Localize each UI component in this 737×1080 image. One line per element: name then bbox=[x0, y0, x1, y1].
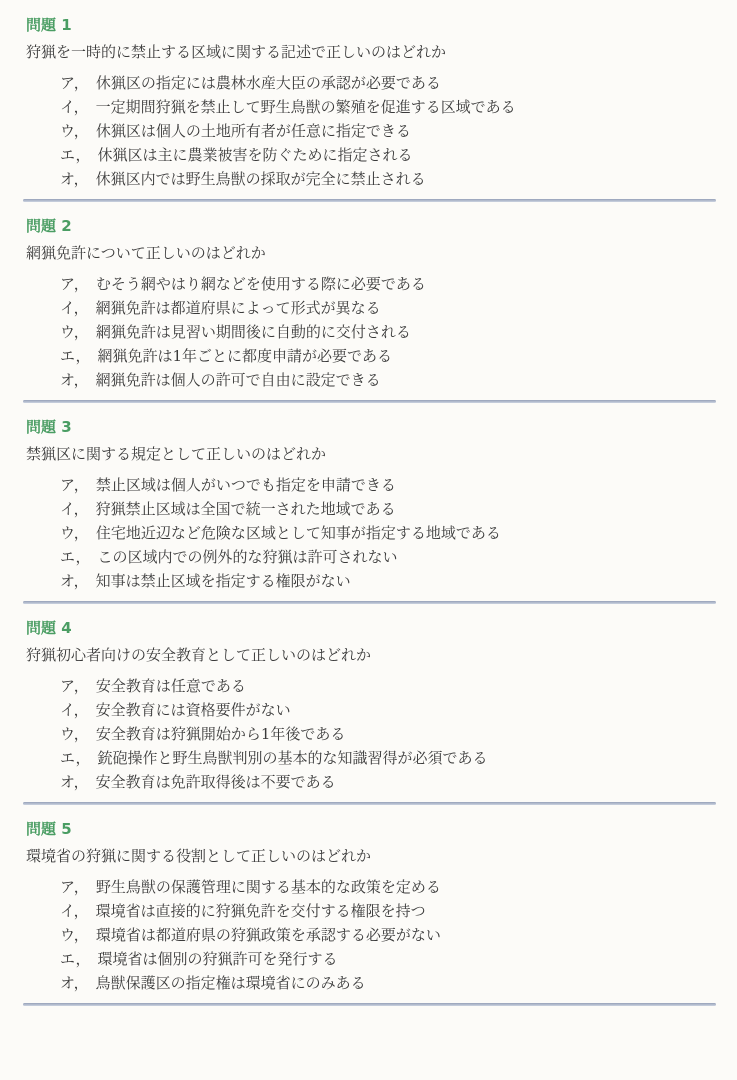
question-3-text: 禁猟区に関する規定として正しいのはどれか bbox=[26, 444, 716, 464]
question-3-number: 問題 3 bbox=[26, 418, 716, 437]
option-marker: エ， bbox=[60, 548, 90, 566]
option-marker: イ， bbox=[60, 98, 89, 116]
option-marker: オ， bbox=[60, 572, 89, 590]
option-text: 安全教育は狩猟開始から1年後である bbox=[96, 725, 346, 743]
option-marker: イ， bbox=[60, 500, 89, 518]
option-e: エ，銃砲操作と野生鳥獣判別の基本的な知識習得が必須である bbox=[60, 750, 716, 767]
quiz-document: 問題 1 狩猟を一時的に禁止する区域に関する記述で正しいのはどれか ア，休猟区の… bbox=[0, 0, 737, 1006]
question-section-5: 問題 5 環境省の狩猟に関する役割として正しいのはどれか ア，野生鳥獣の保護管理… bbox=[26, 820, 716, 1006]
option-e: エ，この区域内での例外的な狩猟は許可されない bbox=[60, 549, 716, 566]
option-text: 安全教育には資格要件がない bbox=[96, 701, 291, 719]
question-1-text: 狩猟を一時的に禁止する区域に関する記述で正しいのはどれか bbox=[26, 42, 716, 62]
option-marker: ウ， bbox=[60, 122, 89, 140]
option-marker: エ， bbox=[60, 950, 90, 968]
option-o: オ，網猟免許は個人の許可で自由に設定できる bbox=[60, 372, 716, 389]
option-text: 安全教育は免許取得後は不要である bbox=[96, 773, 336, 791]
option-u: ウ，安全教育は狩猟開始から1年後である bbox=[60, 726, 716, 743]
section-divider bbox=[23, 601, 716, 604]
question-section-2: 問題 2 網猟免許について正しいのはどれか ア，むそう網やはり網などを使用する際… bbox=[26, 217, 716, 403]
section-divider bbox=[23, 802, 716, 805]
option-o: オ，鳥獣保護区の指定権は環境省にのみある bbox=[60, 975, 716, 992]
question-4-options: ア，安全教育は任意である イ，安全教育には資格要件がない ウ，安全教育は狩猟開始… bbox=[26, 678, 716, 791]
question-3-options: ア，禁止区域は個人がいつでも指定を申請できる イ，狩猟禁止区域は全国で統一された… bbox=[26, 477, 716, 590]
option-a: ア，休猟区の指定には農林水産大臣の承認が必要である bbox=[60, 75, 716, 92]
option-text: 環境省は直接的に狩猟免許を交付する権限を持つ bbox=[96, 902, 426, 920]
option-marker: エ， bbox=[60, 749, 90, 767]
section-divider bbox=[23, 199, 716, 202]
option-o: オ，知事は禁止区域を指定する権限がない bbox=[60, 573, 716, 590]
option-text: 狩猟禁止区域は全国で統一された地域である bbox=[96, 500, 396, 518]
option-marker: ア， bbox=[60, 275, 89, 293]
question-section-3: 問題 3 禁猟区に関する規定として正しいのはどれか ア，禁止区域は個人がいつでも… bbox=[26, 418, 716, 604]
option-i: イ，環境省は直接的に狩猟免許を交付する権限を持つ bbox=[60, 903, 716, 920]
option-text: 鳥獣保護区の指定権は環境省にのみある bbox=[96, 974, 366, 992]
option-marker: エ， bbox=[60, 146, 90, 164]
option-text: 禁止区域は個人がいつでも指定を申請できる bbox=[96, 476, 396, 494]
option-i: イ，一定期間狩猟を禁止して野生鳥獣の繁殖を促進する区域である bbox=[60, 99, 716, 116]
question-5-text: 環境省の狩猟に関する役割として正しいのはどれか bbox=[26, 846, 716, 866]
question-5-number: 問題 5 bbox=[26, 820, 716, 839]
question-2-text: 網猟免許について正しいのはどれか bbox=[26, 243, 716, 263]
question-5-options: ア，野生鳥獣の保護管理に関する基本的な政策を定める イ，環境省は直接的に狩猟免許… bbox=[26, 879, 716, 992]
option-i: イ，狩猟禁止区域は全国で統一された地域である bbox=[60, 501, 716, 518]
option-e: エ，網猟免許は1年ごとに都度申請が必要である bbox=[60, 348, 716, 365]
option-text: 網猟免許は都道府県によって形式が異なる bbox=[96, 299, 381, 317]
option-e: エ，休猟区は主に農業被害を防ぐために指定される bbox=[60, 147, 716, 164]
option-text: 環境省は個別の狩猟許可を発行する bbox=[97, 950, 337, 968]
option-marker: ア， bbox=[60, 476, 89, 494]
question-1-options: ア，休猟区の指定には農林水産大臣の承認が必要である イ，一定期間狩猟を禁止して野… bbox=[26, 75, 716, 188]
option-marker: ア， bbox=[60, 878, 89, 896]
option-a: ア，禁止区域は個人がいつでも指定を申請できる bbox=[60, 477, 716, 494]
option-marker: ウ， bbox=[60, 524, 89, 542]
option-text: 住宅地近辺など危険な区域として知事が指定する地域である bbox=[96, 524, 501, 542]
option-marker: エ， bbox=[60, 347, 90, 365]
option-text: 休猟区内では野生鳥獣の採取が完全に禁止される bbox=[96, 170, 426, 188]
quiz-page: { "colors": { "heading_green": "#4a9d63"… bbox=[0, 0, 737, 1080]
option-text: 休猟区は個人の土地所有者が任意に指定できる bbox=[96, 122, 411, 140]
option-text: 網猟免許は個人の許可で自由に設定できる bbox=[96, 371, 381, 389]
option-u: ウ，網猟免許は見習い期間後に自動的に交付される bbox=[60, 324, 716, 341]
question-1-number: 問題 1 bbox=[26, 16, 716, 35]
option-i: イ，安全教育には資格要件がない bbox=[60, 702, 716, 719]
question-2-options: ア，むそう網やはり網などを使用する際に必要である イ，網猟免許は都道府県によって… bbox=[26, 276, 716, 389]
option-u: ウ，環境省は都道府県の狩猟政策を承認する必要がない bbox=[60, 927, 716, 944]
option-e: エ，環境省は個別の狩猟許可を発行する bbox=[60, 951, 716, 968]
option-text: 野生鳥獣の保護管理に関する基本的な政策を定める bbox=[96, 878, 441, 896]
option-text: 環境省は都道府県の狩猟政策を承認する必要がない bbox=[96, 926, 441, 944]
option-marker: イ， bbox=[60, 299, 89, 317]
option-marker: ア， bbox=[60, 74, 89, 92]
option-u: ウ，休猟区は個人の土地所有者が任意に指定できる bbox=[60, 123, 716, 140]
option-a: ア，むそう網やはり網などを使用する際に必要である bbox=[60, 276, 716, 293]
option-o: オ，安全教育は免許取得後は不要である bbox=[60, 774, 716, 791]
option-marker: オ， bbox=[60, 371, 89, 389]
option-text: 網猟免許は見習い期間後に自動的に交付される bbox=[96, 323, 411, 341]
option-text: この区域内での例外的な狩猟は許可されない bbox=[97, 548, 397, 566]
option-a: ア，安全教育は任意である bbox=[60, 678, 716, 695]
question-4-text: 狩猟初心者向けの安全教育として正しいのはどれか bbox=[26, 645, 716, 665]
option-text: 休猟区は主に農業被害を防ぐために指定される bbox=[97, 146, 412, 164]
option-text: むそう網やはり網などを使用する際に必要である bbox=[96, 275, 426, 293]
option-o: オ，休猟区内では野生鳥獣の採取が完全に禁止される bbox=[60, 171, 716, 188]
option-a: ア，野生鳥獣の保護管理に関する基本的な政策を定める bbox=[60, 879, 716, 896]
option-marker: オ， bbox=[60, 974, 89, 992]
section-divider bbox=[23, 400, 716, 403]
option-marker: ウ， bbox=[60, 725, 89, 743]
question-2-number: 問題 2 bbox=[26, 217, 716, 236]
question-4-number: 問題 4 bbox=[26, 619, 716, 638]
option-marker: ウ， bbox=[60, 323, 89, 341]
option-text: 銃砲操作と野生鳥獣判別の基本的な知識習得が必須である bbox=[97, 749, 487, 767]
option-text: 知事は禁止区域を指定する権限がない bbox=[96, 572, 351, 590]
option-text: 安全教育は任意である bbox=[96, 677, 246, 695]
option-marker: オ， bbox=[60, 170, 89, 188]
option-marker: ア， bbox=[60, 677, 89, 695]
option-marker: ウ， bbox=[60, 926, 89, 944]
option-marker: イ， bbox=[60, 701, 89, 719]
section-divider bbox=[23, 1003, 716, 1006]
option-u: ウ，住宅地近辺など危険な区域として知事が指定する地域である bbox=[60, 525, 716, 542]
option-text: 網猟免許は1年ごとに都度申請が必要である bbox=[97, 347, 392, 365]
question-section-4: 問題 4 狩猟初心者向けの安全教育として正しいのはどれか ア，安全教育は任意であ… bbox=[26, 619, 716, 805]
option-i: イ，網猟免許は都道府県によって形式が異なる bbox=[60, 300, 716, 317]
option-marker: イ， bbox=[60, 902, 89, 920]
option-text: 休猟区の指定には農林水産大臣の承認が必要である bbox=[96, 74, 441, 92]
option-text: 一定期間狩猟を禁止して野生鳥獣の繁殖を促進する区域である bbox=[96, 98, 516, 116]
option-marker: オ， bbox=[60, 773, 89, 791]
question-section-1: 問題 1 狩猟を一時的に禁止する区域に関する記述で正しいのはどれか ア，休猟区の… bbox=[26, 16, 716, 202]
